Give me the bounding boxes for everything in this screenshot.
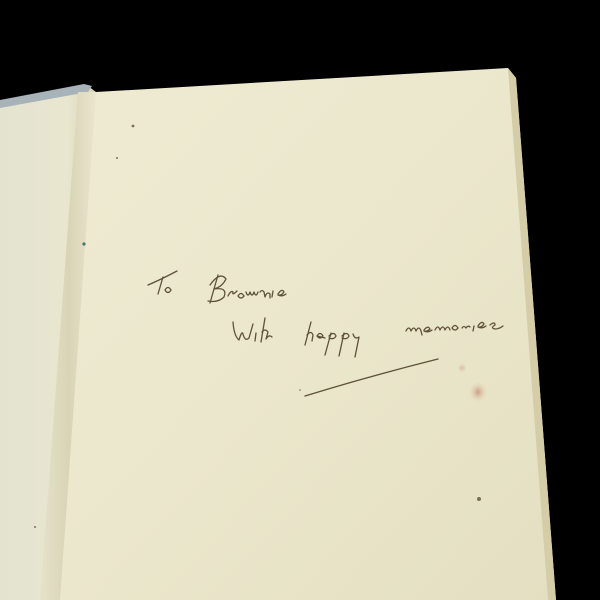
book-illustration [0,0,600,600]
stain-mark [469,382,487,402]
stain-mark-small [457,363,467,373]
book-photo: To Brownie With happy memories [0,0,600,600]
